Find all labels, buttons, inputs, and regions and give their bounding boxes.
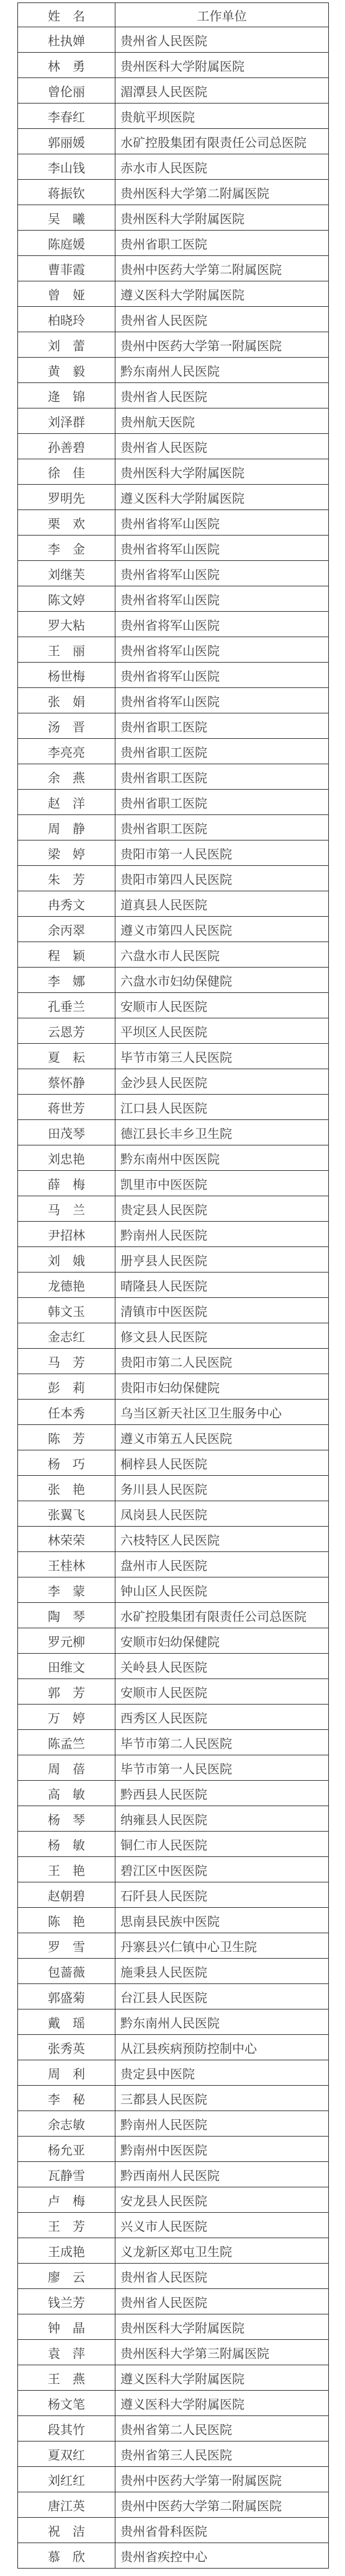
- name-cell: 王成艳: [18, 2238, 115, 2264]
- table-row: 杨文笔遵义医科大学附属医院: [18, 2391, 329, 2416]
- work-unit-cell: 贵州省职工医院: [115, 764, 329, 790]
- table-row: 程 颖六盘水市人民医院: [18, 942, 329, 968]
- name-cell: 刘泽群: [18, 408, 115, 434]
- work-unit-cell: 贵州医科大学附属医院: [115, 459, 329, 485]
- name-cell: 段其竹: [18, 2416, 115, 2441]
- name-cell: 杨 巧: [18, 1450, 115, 1476]
- table-row: 林 勇贵州医科大学附属医院: [18, 53, 329, 78]
- table-row: 余志敏黔南州人民医院: [18, 2111, 329, 2137]
- work-unit-cell: 德江县长丰乡卫生院: [115, 1120, 329, 1145]
- table-row: 张 娟贵州省将军山医院: [18, 688, 329, 713]
- work-unit-cell: 贵州省人民医院: [115, 383, 329, 408]
- table-row: 张翼飞凤岗县人民医院: [18, 1501, 329, 1527]
- work-unit-cell: 遵义市第五人民医院: [115, 1425, 329, 1450]
- work-unit-cell: 贵阳市妇幼保健院: [115, 1374, 329, 1400]
- name-cell: 汤 晋: [18, 713, 115, 739]
- work-unit-cell: 金沙县人民医院: [115, 1069, 329, 1095]
- table-row: 周 蓓毕节市第一人民医院: [18, 1755, 329, 1781]
- work-unit-cell: 兴义市人民医院: [115, 2213, 329, 2238]
- table-row: 慕 欣贵州省疾控中心: [18, 2543, 329, 2569]
- work-unit-cell: 毕节市第三人民医院: [115, 1044, 329, 1069]
- work-unit-cell: 晴隆县人民医院: [115, 1273, 329, 1298]
- work-unit-cell: 贵阳市第四人民医院: [115, 866, 329, 891]
- name-cell: 马 兰: [18, 1196, 115, 1222]
- name-cell: 刘继芙: [18, 561, 115, 586]
- work-unit-cell: 贵州中医药大学第一附属医院: [115, 2467, 329, 2492]
- name-cell: 唐江英: [18, 2492, 115, 2518]
- name-cell: 周 利: [18, 2060, 115, 2086]
- table-row: 瓦静雪黔西南州人民医院: [18, 2162, 329, 2187]
- work-unit-cell: 贵州省将军山医院: [115, 586, 329, 612]
- table-row: 王 艳碧江区中医医院: [18, 1857, 329, 1882]
- name-cell: 廖 云: [18, 2264, 115, 2289]
- name-cell: 李 秘: [18, 2086, 115, 2111]
- name-cell: 李 蒙: [18, 1577, 115, 1603]
- table-row: 孙善碧贵州省人民医院: [18, 434, 329, 459]
- work-unit-cell: 六枝特区人民医院: [115, 1527, 329, 1552]
- work-unit-cell: 钟山区人民医院: [115, 1577, 329, 1603]
- table-row: 杨世梅贵州省将军山医院: [18, 663, 329, 688]
- table-row: 刘红红贵州中医药大学第一附属医院: [18, 2467, 329, 2492]
- table-row: 陈孟竺毕节市第二人民医院: [18, 1730, 329, 1755]
- table-row: 李亮亮贵州省职工医院: [18, 739, 329, 764]
- column-header-name: 姓 名: [18, 3, 115, 27]
- table-row: 祝 洁贵州省骨科医院: [18, 2518, 329, 2543]
- work-unit-cell: 册亨县人民医院: [115, 1247, 329, 1273]
- name-cell: 周 蓓: [18, 1755, 115, 1781]
- work-unit-cell: 思南县民族中医院: [115, 1908, 329, 1933]
- table-row: 罗明先遵义医科大学附属医院: [18, 485, 329, 510]
- name-cell: 杜执婵: [18, 27, 115, 53]
- name-cell: 曾伦丽: [18, 78, 115, 104]
- table-row: 余丙翠遵义市第四人民医院: [18, 917, 329, 942]
- header-row: 姓 名 工作单位: [18, 3, 329, 27]
- work-unit-cell: 贵州中医药大学第二附属医院: [115, 256, 329, 281]
- name-cell: 李亮亮: [18, 739, 115, 764]
- name-cell: 张 娟: [18, 688, 115, 713]
- table-row: 罗大粘贵州省将军山医院: [18, 612, 329, 637]
- name-cell: 杨 琴: [18, 1806, 115, 1832]
- name-cell: 夏 耘: [18, 1044, 115, 1069]
- work-unit-cell: 贵州省职工医院: [115, 739, 329, 764]
- work-unit-cell: 从江县疾病预防控制中心: [115, 2035, 329, 2060]
- work-unit-cell: 凯里市中医医院: [115, 1171, 329, 1196]
- table-row: 刘 娥册亨县人民医院: [18, 1247, 329, 1273]
- work-unit-cell: 台江县人民医院: [115, 1984, 329, 2009]
- table-row: 刘忠艳黔东南州中医医院: [18, 1145, 329, 1171]
- work-unit-cell: 碧江区中医医院: [115, 1857, 329, 1882]
- work-unit-cell: 三都县人民医院: [115, 2086, 329, 2111]
- work-unit-cell: 黔西县人民医院: [115, 1781, 329, 1806]
- table-row: 杨 琴纳雍县人民医院: [18, 1806, 329, 1832]
- work-unit-cell: 毕节市第二人民医院: [115, 1730, 329, 1755]
- table-row: 刘 蕾贵州中医药大学第一附属医院: [18, 332, 329, 358]
- work-unit-cell: 务川县人民医院: [115, 1476, 329, 1501]
- work-unit-cell: 遵义医科大学附属医院: [115, 281, 329, 307]
- table-row: 陈庭媛贵州省职工医院: [18, 231, 329, 256]
- work-unit-cell: 义龙新区郑屯卫生院: [115, 2238, 329, 2264]
- work-unit-cell: 贵州省人民医院: [115, 307, 329, 332]
- name-cell: 刘 蕾: [18, 332, 115, 358]
- table-row: 蔡怀静金沙县人民医院: [18, 1069, 329, 1095]
- name-cell: 戴 瑶: [18, 2009, 115, 2035]
- work-unit-cell: 安顺市妇幼保健院: [115, 1628, 329, 1654]
- table-row: 逄 锦贵州省人民医院: [18, 383, 329, 408]
- work-unit-cell: 贵州中医药大学第一附属医院: [115, 332, 329, 358]
- table-row: 陈文婷贵州省将军山医院: [18, 586, 329, 612]
- work-unit-cell: 贵州省职工医院: [115, 815, 329, 840]
- work-unit-cell: 黔东南州人民医院: [115, 358, 329, 383]
- work-unit-cell: 贵阳市第二人民医院: [115, 1349, 329, 1374]
- work-unit-cell: 贵州省第三人民医院: [115, 2441, 329, 2467]
- name-cell: 曹菲霞: [18, 256, 115, 281]
- name-cell: 刘 娥: [18, 1247, 115, 1273]
- table-row: 张 艳务川县人民医院: [18, 1476, 329, 1501]
- work-unit-cell: 贵州省将军山医院: [115, 561, 329, 586]
- table-row: 郭盛菊台江县人民医院: [18, 1984, 329, 2009]
- work-unit-cell: 施秉县人民医院: [115, 1959, 329, 1984]
- table-row: 罗 雪丹寨县兴仁镇中心卫生院: [18, 1933, 329, 1959]
- name-cell: 瓦静雪: [18, 2162, 115, 2187]
- work-unit-cell: 清镇市中医医院: [115, 1298, 329, 1323]
- name-cell: 彭 莉: [18, 1374, 115, 1400]
- work-unit-cell: 安顺市人民医院: [115, 993, 329, 1018]
- name-cell: 万 婷: [18, 1705, 115, 1730]
- work-unit-cell: 黔东南州中医医院: [115, 1145, 329, 1171]
- name-cell: 梁 婷: [18, 840, 115, 866]
- table-row: 蒋振钦贵州医科大学第二附属医院: [18, 180, 329, 205]
- work-unit-cell: 纳雍县人民医院: [115, 1806, 329, 1832]
- work-unit-cell: 贵阳市第一人民医院: [115, 840, 329, 866]
- table-row: 杨 敏铜仁市人民医院: [18, 1832, 329, 1857]
- work-unit-cell: 贵州省第二人民医院: [115, 2416, 329, 2441]
- work-unit-cell: 道真县人民医院: [115, 891, 329, 917]
- name-cell: 陈庭媛: [18, 231, 115, 256]
- name-cell: 金志红: [18, 1323, 115, 1349]
- table-row: 栗 欢贵州省将军山医院: [18, 510, 329, 536]
- name-cell: 刘忠艳: [18, 1145, 115, 1171]
- name-cell: 周 静: [18, 815, 115, 840]
- work-unit-cell: 贵州省职工医院: [115, 713, 329, 739]
- name-cell: 杨世梅: [18, 663, 115, 688]
- work-unit-cell: 贵定县中医院: [115, 2060, 329, 2086]
- work-unit-cell: 江口县人民医院: [115, 1095, 329, 1120]
- table-row: 金志红修文县人民医院: [18, 1323, 329, 1349]
- name-cell: 陶 琴: [18, 1603, 115, 1628]
- name-cell: 孔垂兰: [18, 993, 115, 1018]
- name-cell: 云恩芳: [18, 1018, 115, 1044]
- name-cell: 陈 芳: [18, 1425, 115, 1450]
- table-row: 李 金贵州省将军山医院: [18, 536, 329, 561]
- table-row: 曾 娅遵义医科大学附属医院: [18, 281, 329, 307]
- work-unit-cell: 丹寨县兴仁镇中心卫生院: [115, 1933, 329, 1959]
- table-row: 李 蒙钟山区人民医院: [18, 1577, 329, 1603]
- table-row: 刘继芙贵州省将军山医院: [18, 561, 329, 586]
- table-row: 田茂琴德江县长丰乡卫生院: [18, 1120, 329, 1145]
- work-unit-cell: 黔东南州人民医院: [115, 2009, 329, 2035]
- work-unit-cell: 乌当区新天社区卫生服务中心: [115, 1400, 329, 1425]
- name-cell: 罗明先: [18, 485, 115, 510]
- table-row: 王 燕遵义医科大学附属医院: [18, 2365, 329, 2391]
- work-unit-cell: 贵州医科大学附属医院: [115, 53, 329, 78]
- table-row: 周 利贵定县中医院: [18, 2060, 329, 2086]
- name-cell: 陈文婷: [18, 586, 115, 612]
- name-cell: 田茂琴: [18, 1120, 115, 1145]
- table-row: 马 芳贵阳市第二人民医院: [18, 1349, 329, 1374]
- table-row: 杨 巧桐梓县人民医院: [18, 1450, 329, 1476]
- table-row: 廖 云贵州省人民医院: [18, 2264, 329, 2289]
- work-unit-cell: 贵州省人民医院: [115, 27, 329, 53]
- table-row: 陈 芳遵义市第五人民医院: [18, 1425, 329, 1450]
- table-row: 蒋世芳江口县人民医院: [18, 1095, 329, 1120]
- name-cell: 赵 洋: [18, 790, 115, 815]
- table-row: 张秀英从江县疾病预防控制中心: [18, 2035, 329, 2060]
- name-cell: 林荣荣: [18, 1527, 115, 1552]
- name-cell: 祝 洁: [18, 2518, 115, 2543]
- name-cell: 蒋振钦: [18, 180, 115, 205]
- table-row: 王桂林盘州市人民医院: [18, 1552, 329, 1577]
- table-row: 韩文玉清镇市中医医院: [18, 1298, 329, 1323]
- name-cell: 龙德艳: [18, 1273, 115, 1298]
- table-row: 夏双红贵州省第三人民医院: [18, 2441, 329, 2467]
- work-unit-cell: 关岭县人民医院: [115, 1654, 329, 1679]
- table-row: 王成艳义龙新区郑屯卫生院: [18, 2238, 329, 2264]
- work-unit-cell: 湄潭县人民医院: [115, 78, 329, 104]
- table-row: 曹菲霞贵州中医药大学第二附属医院: [18, 256, 329, 281]
- work-unit-cell: 贵州省骨科医院: [115, 2518, 329, 2543]
- name-cell: 栗 欢: [18, 510, 115, 536]
- name-cell: 曾 娅: [18, 281, 115, 307]
- name-cell: 王 燕: [18, 2365, 115, 2391]
- work-unit-cell: 毕节市第一人民医院: [115, 1755, 329, 1781]
- table-row: 李山钱赤水市人民医院: [18, 154, 329, 180]
- name-cell: 包蔷薇: [18, 1959, 115, 1984]
- table-row: 曾伦丽湄潭县人民医院: [18, 78, 329, 104]
- table-row: 彭 莉贵阳市妇幼保健院: [18, 1374, 329, 1400]
- name-cell: 张秀英: [18, 2035, 115, 2060]
- name-cell: 王 芳: [18, 2213, 115, 2238]
- name-cell: 李 娜: [18, 968, 115, 993]
- table-row: 云恩芳平坝区人民医院: [18, 1018, 329, 1044]
- name-cell: 蔡怀静: [18, 1069, 115, 1095]
- name-cell: 陈 艳: [18, 1908, 115, 1933]
- table-row: 高 敏黔西县人民医院: [18, 1781, 329, 1806]
- table-row: 龙德艳晴隆县人民医院: [18, 1273, 329, 1298]
- table-body: 杜执婵贵州省人民医院林 勇贵州医科大学附属医院曾伦丽湄潭县人民医院李春红贵航平坝…: [18, 27, 329, 2569]
- name-cell: 罗大粘: [18, 612, 115, 637]
- name-cell: 刘红红: [18, 2467, 115, 2492]
- work-unit-cell: 水矿控股集团有限责任公司总医院: [115, 129, 329, 154]
- work-unit-cell: 贵州省将军山医院: [115, 637, 329, 663]
- work-unit-cell: 贵州省将军山医院: [115, 510, 329, 536]
- work-unit-cell: 安顺市人民医院: [115, 1679, 329, 1705]
- work-unit-cell: 遵义医科大学附属医院: [115, 2365, 329, 2391]
- name-cell: 慕 欣: [18, 2543, 115, 2569]
- name-cell: 罗 雪: [18, 1933, 115, 1959]
- name-cell: 冉秀文: [18, 891, 115, 917]
- work-unit-cell: 贵州医科大学附属医院: [115, 205, 329, 231]
- work-unit-cell: 贵航平坝医院: [115, 104, 329, 129]
- work-unit-cell: 贵州省人民医院: [115, 2264, 329, 2289]
- work-unit-cell: 黔南州中医医院: [115, 2137, 329, 2162]
- work-unit-cell: 六盘水市人民医院: [115, 942, 329, 968]
- table-row: 李春红贵航平坝医院: [18, 104, 329, 129]
- table-row: 钟 晶贵州医科大学附属医院: [18, 2314, 329, 2340]
- table-row: 朱 芳贵阳市第四人民医院: [18, 866, 329, 891]
- table-row: 吴 曦贵州医科大学附属医院: [18, 205, 329, 231]
- work-unit-cell: 贵州医科大学第三附属医院: [115, 2340, 329, 2365]
- name-cell: 杨 敏: [18, 1832, 115, 1857]
- name-cell: 张 艳: [18, 1476, 115, 1501]
- table-row: 马 兰贵定县人民医院: [18, 1196, 329, 1222]
- table-row: 薛 梅凯里市中医医院: [18, 1171, 329, 1196]
- name-cell: 田维文: [18, 1654, 115, 1679]
- table-row: 王 丽贵州省将军山医院: [18, 637, 329, 663]
- work-unit-cell: 贵定县人民医院: [115, 1196, 329, 1222]
- work-unit-cell: 贵州省职工医院: [115, 790, 329, 815]
- name-cell: 郭 芳: [18, 1679, 115, 1705]
- name-cell: 韩文玉: [18, 1298, 115, 1323]
- work-unit-cell: 水矿控股集团有限责任公司总医院: [115, 1603, 329, 1628]
- table-row: 郭 芳安顺市人民医院: [18, 1679, 329, 1705]
- work-unit-cell: 黔南州人民医院: [115, 1222, 329, 1247]
- table-row: 杜执婵贵州省人民医院: [18, 27, 329, 53]
- work-unit-cell: 贵州省将军山医院: [115, 688, 329, 713]
- table-row: 赵朝碧石阡县人民医院: [18, 1882, 329, 1908]
- name-cell: 蒋世芳: [18, 1095, 115, 1120]
- name-cell: 徐 佳: [18, 459, 115, 485]
- name-cell: 余丙翠: [18, 917, 115, 942]
- column-header-work-unit: 工作单位: [115, 3, 329, 27]
- name-cell: 黄 毅: [18, 358, 115, 383]
- table-row: 李 秘三都县人民医院: [18, 2086, 329, 2111]
- work-unit-cell: 贵州航天医院: [115, 408, 329, 434]
- table-row: 冉秀文道真县人民医院: [18, 891, 329, 917]
- work-unit-cell: 石阡县人民医院: [115, 1882, 329, 1908]
- name-cell: 赵朝碧: [18, 1882, 115, 1908]
- name-cell: 逄 锦: [18, 383, 115, 408]
- name-cell: 柏晓玲: [18, 307, 115, 332]
- work-unit-cell: 遵义医科大学附属医院: [115, 2391, 329, 2416]
- table-row: 任本秀乌当区新天社区卫生服务中心: [18, 1400, 329, 1425]
- work-unit-cell: 贵州医科大学第二附属医院: [115, 180, 329, 205]
- name-cell: 郭丽媛: [18, 129, 115, 154]
- table-row: 钱兰芳贵州省人民医院: [18, 2289, 329, 2314]
- work-unit-cell: 黔南州人民医院: [115, 2111, 329, 2137]
- name-cell: 郭盛菊: [18, 1984, 115, 2009]
- work-unit-cell: 贵州省职工医院: [115, 231, 329, 256]
- work-unit-cell: 六盘水市妇幼保健院: [115, 968, 329, 993]
- table-row: 周 静贵州省职工医院: [18, 815, 329, 840]
- name-cell: 林 勇: [18, 53, 115, 78]
- table-row: 杨允亚黔南州中医医院: [18, 2137, 329, 2162]
- table-row: 唐江英贵州中医药大学第二附属医院: [18, 2492, 329, 2518]
- work-unit-cell: 贵州医科大学附属医院: [115, 2314, 329, 2340]
- name-cell: 王 艳: [18, 1857, 115, 1882]
- table-row: 罗元柳安顺市妇幼保健院: [18, 1628, 329, 1654]
- table-row: 包蔷薇施秉县人民医院: [18, 1959, 329, 1984]
- name-cell: 卢 梅: [18, 2187, 115, 2213]
- name-cell: 朱 芳: [18, 866, 115, 891]
- work-unit-cell: 凤岗县人民医院: [115, 1501, 329, 1527]
- name-cell: 罗元柳: [18, 1628, 115, 1654]
- name-cell: 余志敏: [18, 2111, 115, 2137]
- table-row: 段其竹贵州省第二人民医院: [18, 2416, 329, 2441]
- name-cell: 李春红: [18, 104, 115, 129]
- name-cell: 王 丽: [18, 637, 115, 663]
- name-cell: 钟 晶: [18, 2314, 115, 2340]
- table-row: 郭丽媛水矿控股集团有限责任公司总医院: [18, 129, 329, 154]
- table-row: 夏 耘毕节市第三人民医院: [18, 1044, 329, 1069]
- name-cell: 薛 梅: [18, 1171, 115, 1196]
- table-row: 李 娜六盘水市妇幼保健院: [18, 968, 329, 993]
- table-row: 刘泽群贵州航天医院: [18, 408, 329, 434]
- table-row: 林荣荣六枝特区人民医院: [18, 1527, 329, 1552]
- table-row: 柏晓玲贵州省人民医院: [18, 307, 329, 332]
- table-row: 徐 佳贵州医科大学附属医院: [18, 459, 329, 485]
- work-unit-cell: 赤水市人民医院: [115, 154, 329, 180]
- name-cell: 杨允亚: [18, 2137, 115, 2162]
- table-row: 孔垂兰安顺市人民医院: [18, 993, 329, 1018]
- work-unit-cell: 西秀区人民医院: [115, 1705, 329, 1730]
- name-cell: 余 燕: [18, 764, 115, 790]
- work-unit-cell: 遵义医科大学附属医院: [115, 485, 329, 510]
- work-unit-cell: 贵州省疾控中心: [115, 2543, 329, 2569]
- table-row: 卢 梅安龙县人民医院: [18, 2187, 329, 2213]
- work-unit-cell: 黔西南州人民医院: [115, 2162, 329, 2187]
- work-unit-cell: 贵州省将军山医院: [115, 612, 329, 637]
- work-unit-cell: 安龙县人民医院: [115, 2187, 329, 2213]
- work-unit-cell: 修文县人民医院: [115, 1323, 329, 1349]
- name-cell: 高 敏: [18, 1781, 115, 1806]
- table-row: 余 燕贵州省职工医院: [18, 764, 329, 790]
- name-cell: 杨文笔: [18, 2391, 115, 2416]
- table-row: 黄 毅黔东南州人民医院: [18, 358, 329, 383]
- table-row: 陶 琴水矿控股集团有限责任公司总医院: [18, 1603, 329, 1628]
- name-cell: 程 颖: [18, 942, 115, 968]
- work-unit-cell: 贵州省人民医院: [115, 434, 329, 459]
- name-cell: 李山钱: [18, 154, 115, 180]
- name-cell: 吴 曦: [18, 205, 115, 231]
- table-row: 田维文关岭县人民医院: [18, 1654, 329, 1679]
- work-unit-cell: 盘州市人民医院: [115, 1552, 329, 1577]
- name-cell: 马 芳: [18, 1349, 115, 1374]
- work-unit-cell: 铜仁市人民医院: [115, 1832, 329, 1857]
- work-unit-cell: 贵州省将军山医院: [115, 663, 329, 688]
- name-cell: 袁 萍: [18, 2340, 115, 2365]
- work-unit-cell: 平坝区人民医院: [115, 1018, 329, 1044]
- name-cell: 任本秀: [18, 1400, 115, 1425]
- name-cell: 尹招林: [18, 1222, 115, 1247]
- name-cell: 王桂林: [18, 1552, 115, 1577]
- table-row: 万 婷西秀区人民医院: [18, 1705, 329, 1730]
- name-cell: 陈孟竺: [18, 1730, 115, 1755]
- name-cell: 张翼飞: [18, 1501, 115, 1527]
- name-cell: 孙善碧: [18, 434, 115, 459]
- table-row: 梁 婷贵阳市第一人民医院: [18, 840, 329, 866]
- staff-roster-table: 姓 名 工作单位 杜执婵贵州省人民医院林 勇贵州医科大学附属医院曾伦丽湄潭县人民…: [17, 2, 329, 2569]
- table-row: 陈 艳思南县民族中医院: [18, 1908, 329, 1933]
- work-unit-cell: 贵州中医药大学第二附属医院: [115, 2492, 329, 2518]
- table-row: 戴 瑶黔东南州人民医院: [18, 2009, 329, 2035]
- work-unit-cell: 桐梓县人民医院: [115, 1450, 329, 1476]
- work-unit-cell: 遵义市第四人民医院: [115, 917, 329, 942]
- work-unit-cell: 贵州省将军山医院: [115, 536, 329, 561]
- name-cell: 夏双红: [18, 2441, 115, 2467]
- table-row: 汤 晋贵州省职工医院: [18, 713, 329, 739]
- table-row: 赵 洋贵州省职工医院: [18, 790, 329, 815]
- name-cell: 李 金: [18, 536, 115, 561]
